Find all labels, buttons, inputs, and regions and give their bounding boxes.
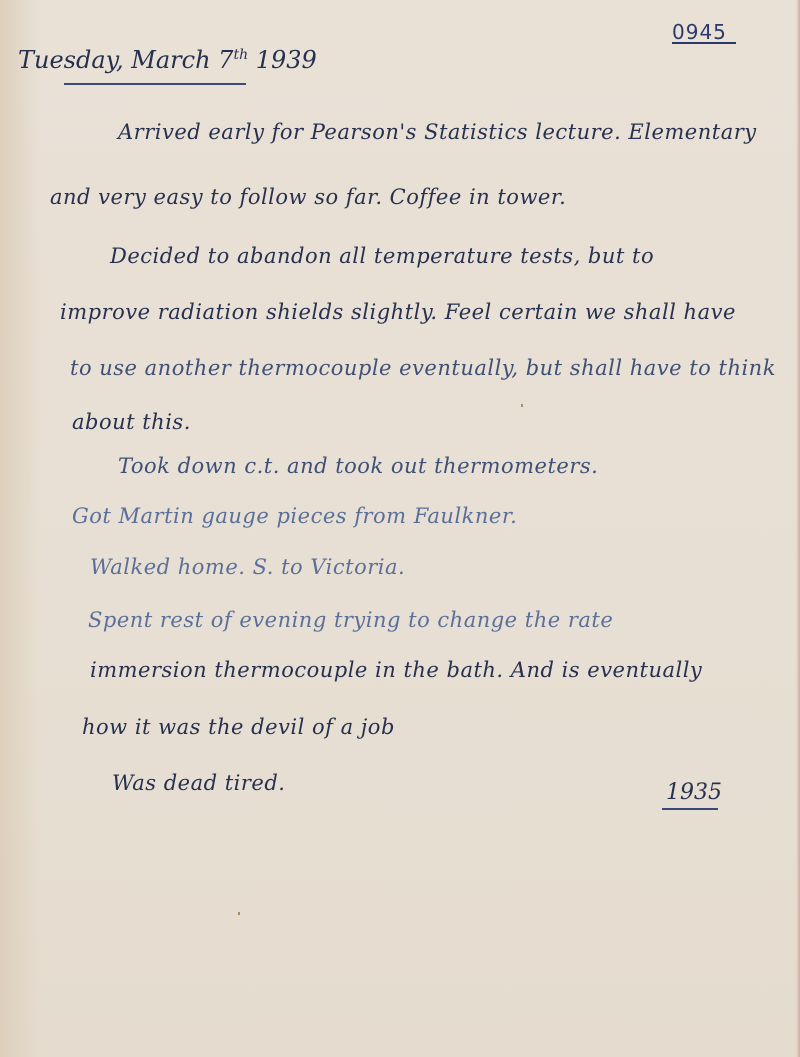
entry-line: Arrived early for Pearson's Statistics l… [118,122,757,143]
date-year: 1939 [256,46,317,74]
entry-line: to use another thermocouple eventually, … [70,358,776,379]
entry-line: Was dead tired. [112,773,285,794]
entry-line: about this. [72,412,191,433]
entry-line: immersion thermocouple in the bath. And … [90,660,702,681]
entry-line: Took down c.t. and took out thermometers… [118,456,598,477]
entry-line: improve radiation shields slightly. Feel… [60,302,736,323]
date-text: Tuesday, March 7 [18,46,233,74]
date-heading: Tuesday, March 7th 1939 [18,46,317,74]
entry-line: Got Martin gauge pieces from Faulkner. [72,506,517,527]
entry-line: Spent rest of evening trying to change t… [88,610,613,631]
diary-page: 0945 Tuesday, March 7th 1939 Arrived ear… [0,0,800,1057]
entry-line: how it was the devil of a job [82,717,395,738]
date-suffix: th [233,47,248,63]
paper-speck [238,912,240,915]
signoff-underline [662,808,718,810]
date-underline [64,83,246,85]
page-number-underline [672,42,736,44]
entry-line: Decided to abandon all temperature tests… [110,246,654,267]
page-number: 0945 [672,20,727,44]
entry-line: and very easy to follow so far. Coffee i… [50,187,566,208]
paper-speck [521,404,523,407]
entry-line: Walked home. S. to Victoria. [90,557,405,578]
signoff-time: 1935 [666,780,722,805]
page-edge [796,0,800,1057]
